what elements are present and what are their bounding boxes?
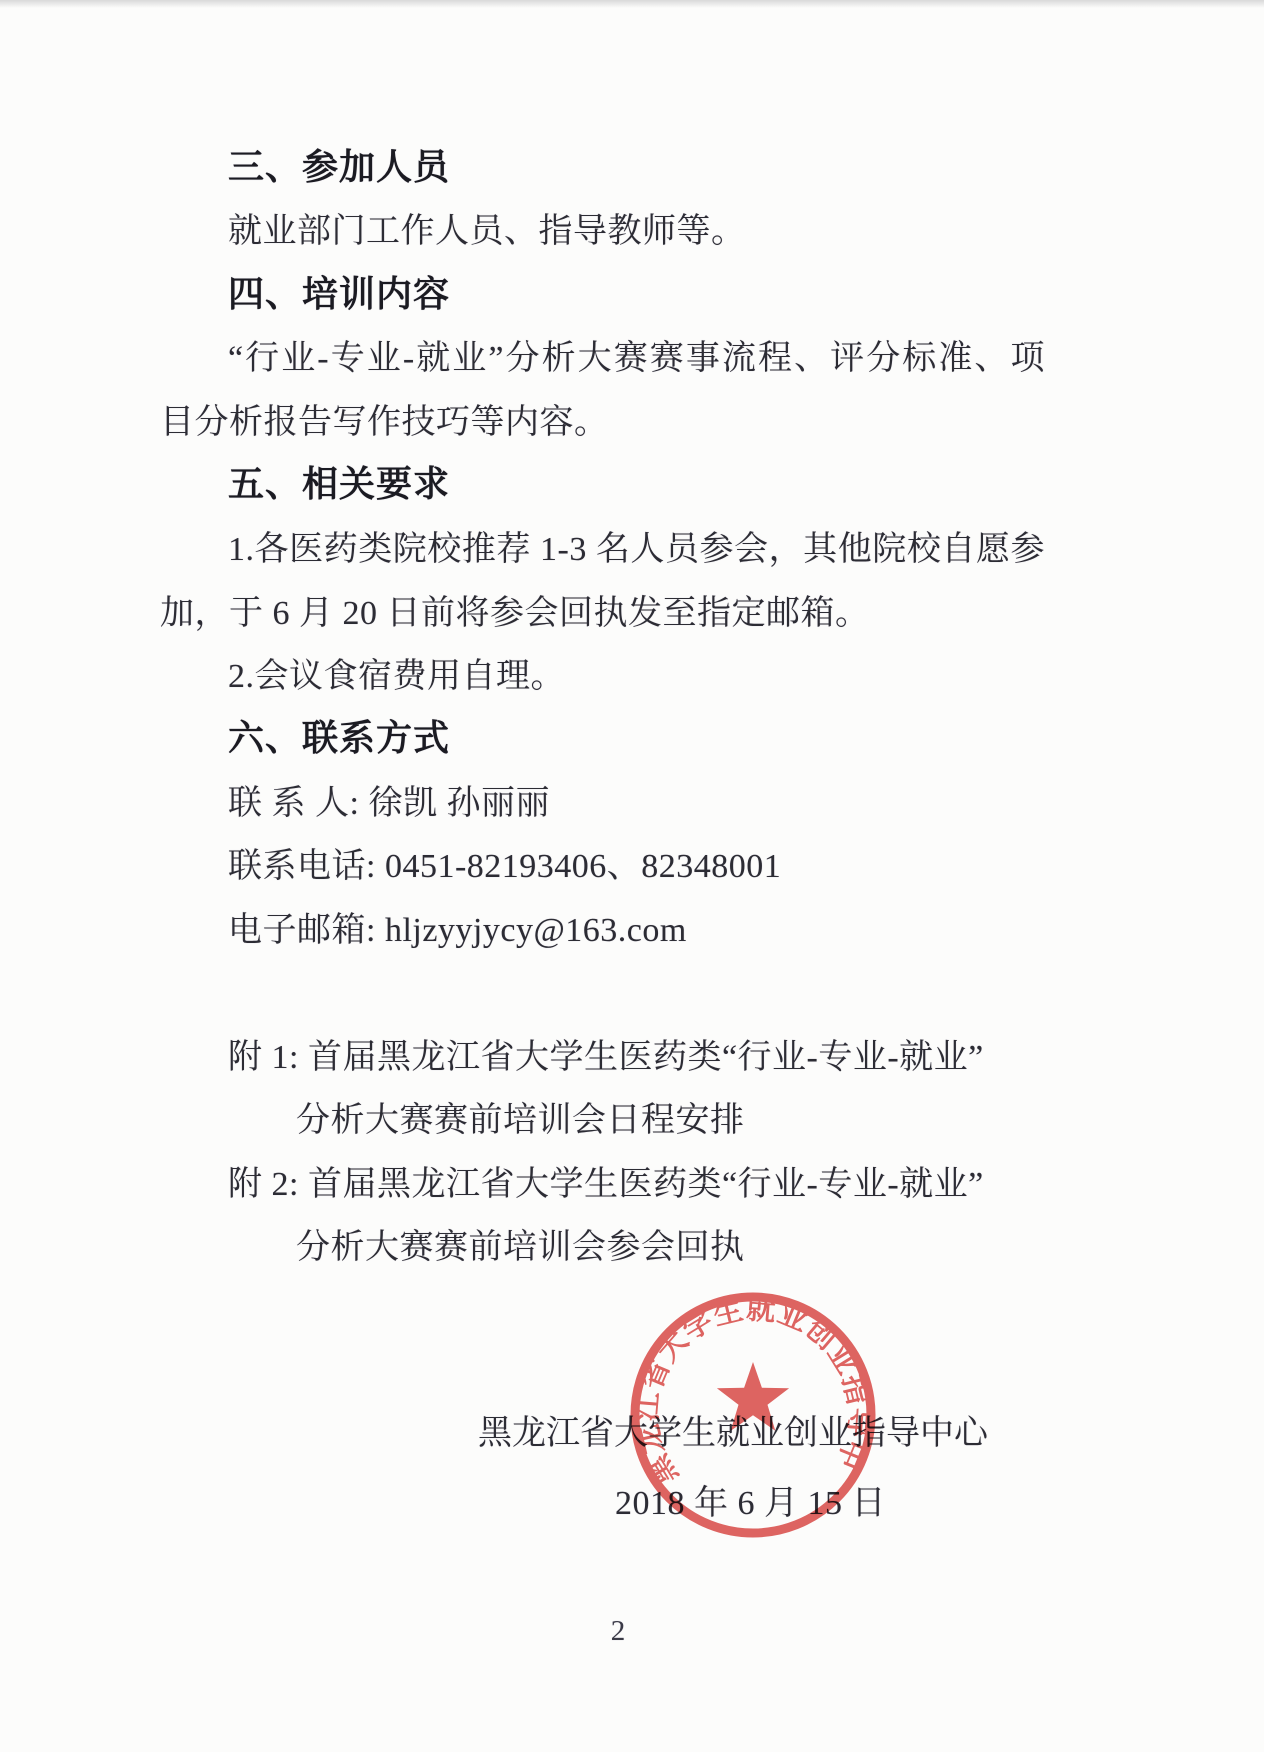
body-line-participants: 就业部门工作人员、指导教师等。: [228, 208, 746, 256]
body-line-requirement-2: 2.会议食宿费用自理。: [228, 653, 565, 701]
body-line-requirement-1a: 1.各医药类院校推荐 1-3 名人员参会，其他院校自愿参: [228, 526, 1045, 574]
body-line-training-1: “行业-专业-就业”分析大赛赛事流程、评分标准、项: [228, 335, 1045, 383]
body-line-requirement-1b: 加，于 6 月 20 日前将参会回执发至指定邮箱。: [160, 590, 870, 638]
section-heading-participants: 三、参加人员: [228, 143, 450, 191]
body-line-training-2: 目分析报告写作技巧等内容。: [160, 399, 609, 447]
official-seal: 黑龙江省大学生就业创业指导中心: [623, 1285, 883, 1545]
section-heading-contact: 六、联系方式: [228, 714, 450, 762]
attachment-2-line-2: 分析大赛赛前培训会参会回执: [296, 1224, 745, 1272]
contact-phone-line: 联系电话: 0451-82193406、82348001: [228, 843, 781, 891]
section-heading-requirements: 五、相关要求: [228, 460, 450, 508]
seal-star-icon: [717, 1362, 789, 1431]
document-page: 三、参加人员 就业部门工作人员、指导教师等。 四、培训内容 “行业-专业-就业”…: [0, 0, 1264, 1752]
contact-email-line: 电子邮箱: hljzyyjycy@163.com: [228, 907, 687, 955]
contact-person-line: 联 系 人: 徐凯 孙丽丽: [228, 780, 550, 828]
attachment-1-line-1: 附 1: 首届黑龙江省大学生医药类“行业-专业-就业”: [228, 1034, 984, 1082]
attachment-1-line-2: 分析大赛赛前培训会日程安排: [296, 1097, 745, 1145]
page-number: 2: [0, 1615, 1236, 1648]
section-heading-training-content: 四、培训内容: [228, 270, 450, 318]
attachment-2-line-1: 附 2: 首届黑龙江省大学生医药类“行业-专业-就业”: [228, 1161, 984, 1209]
